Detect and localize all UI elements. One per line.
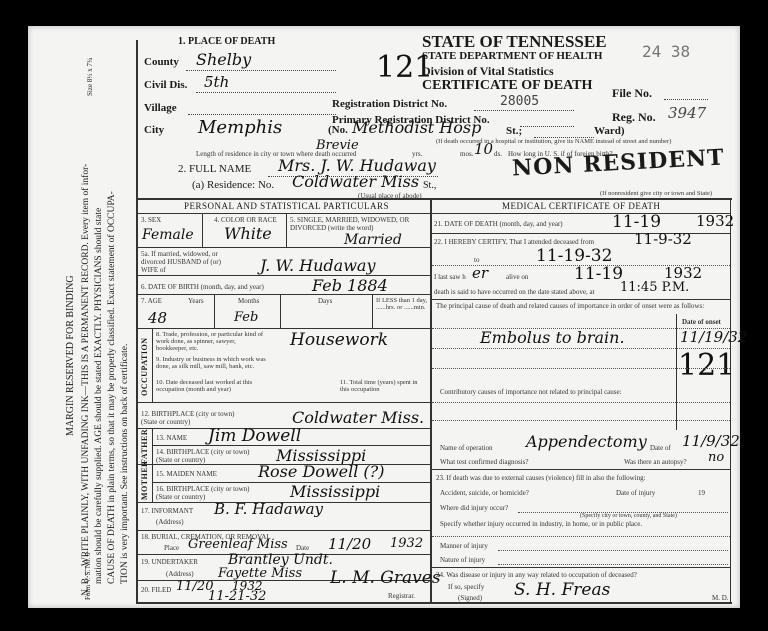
personal-section-title: PERSONAL AND STATISTICAL PARTICULARS [184, 201, 389, 211]
civil-dis-label: Civil Dis. [144, 79, 187, 91]
burial-place-value: Greenleaf Miss [188, 537, 288, 552]
occupation-side-label: OCCUPATION [140, 338, 149, 396]
contributory-label: Contributory causes of importance not re… [440, 388, 622, 396]
residence-mos-value: 10 [474, 140, 493, 158]
department-title: STATE DEPARTMENT OF HEALTH [422, 50, 602, 62]
date-of-death-value: 11-19 [612, 212, 661, 232]
father-name-value: Jim Dowell [208, 426, 301, 446]
signed-value: S. H. Freas [514, 580, 610, 600]
specify-place-note: (Specify city or town, county, and State… [580, 513, 677, 519]
size-label: Size 8½ x 7¾ [84, 58, 97, 96]
primary-registration-label: Primary Registration District No. [332, 114, 490, 126]
industry-home-label: Specify whether injury occurred in indus… [440, 520, 642, 528]
color-value: White [224, 224, 272, 243]
principal-cause-value: Embolus to brain. [480, 328, 625, 347]
certificate-title: CERTIFICATE OF DEATH [422, 78, 592, 94]
color-label: 4. COLOR OR RACE [214, 216, 277, 224]
signed-label: (Signed) [458, 594, 482, 602]
accident-label: Accident, suicide, or homicide? [440, 489, 529, 497]
instruction-line: TION is very important. See instructions… [119, 56, 132, 596]
operation-date-label: Date of [650, 444, 671, 452]
city-label: City [144, 124, 164, 136]
date-of-onset-label: Date of onset [682, 318, 721, 326]
medical-section-title: MEDICAL CERTIFICATE OF DEATH [502, 201, 660, 211]
alive-on-value: 11-19 [574, 264, 623, 284]
age-months-label: Months [238, 297, 259, 305]
reg-no-label: Reg. No. [612, 110, 656, 125]
last-saw-value: er [472, 264, 488, 282]
death-said-label: death is said to have occurred on the da… [434, 288, 595, 296]
external-label: 23. If death was due to external causes … [436, 474, 646, 482]
undertaker-label: 19. UNDERTAKER [141, 558, 198, 566]
age-days-label: Days [318, 297, 332, 305]
principal-cause-label: The principal cause of death and related… [436, 302, 726, 310]
form-number: Form V. S. No. 6 [82, 553, 95, 600]
burial-place-label: Place [164, 544, 179, 552]
diagnosis-label: What test confirmed diagnosis? [440, 458, 528, 466]
burial-date-label: Date [296, 544, 309, 552]
registrar-label: Registrar. [388, 592, 415, 600]
city-value: Memphis [198, 117, 282, 138]
occupation-related-label: 24. Was disease or injury in any way rel… [436, 571, 637, 579]
nonresident-note: (If nonresident give city or town and St… [600, 190, 712, 197]
less-than-day-label: If LESS than 1 day, ......hrs. or ......… [376, 297, 430, 311]
dob-value: Feb 1884 [312, 276, 388, 295]
registrar-value: L. M. Graves [330, 568, 441, 588]
father-name-label: 13. NAME [156, 434, 187, 442]
county-label: County [144, 56, 179, 68]
where-injury-label: Where did injury occur? [440, 504, 508, 512]
village-label: Village [144, 102, 177, 114]
mother-birthplace-value: Mississippi [290, 482, 380, 501]
sex-value: Female [142, 227, 194, 243]
registration-district-label: Registration District No. [332, 98, 447, 110]
father-side-label: FATHER [140, 429, 149, 464]
residence-extra: Brevie [316, 138, 359, 153]
ward-label: Ward) [594, 125, 625, 137]
last-saw-label: I last saw h [434, 273, 466, 281]
residence-label: (a) Residence: No. [192, 179, 274, 191]
place-of-death-heading: 1. PLACE OF DEATH [178, 36, 275, 47]
civil-dis-value: 5th [204, 73, 229, 91]
residence-mos-label: mos. [460, 150, 473, 158]
operation-value: Appendectomy [526, 432, 647, 451]
burial-year-value: 1932 [390, 536, 423, 551]
age-label: 7. AGE [141, 297, 162, 305]
burial-date-value: 11/20 [328, 535, 371, 553]
marital-label: 5. SINGLE, MARRIED, WIDOWED, OR DIVORCED… [290, 216, 426, 232]
sex-label: 3. SEX [141, 216, 161, 224]
institution-note: (If death occurred in a hospital or inst… [436, 138, 671, 145]
county-value: Shelby [196, 50, 251, 69]
informant-label: 17. INFORMANT [141, 507, 193, 515]
trade-value: Housework [290, 330, 388, 350]
division-title: Division of Vital Statistics [422, 64, 554, 79]
alive-on-label: alive on [506, 273, 528, 281]
last-worked-label: 10. Date deceased last worked at this oc… [156, 379, 260, 393]
margin-number: 121 [678, 348, 735, 383]
residence-ds-label: ds. [494, 150, 502, 158]
birthplace-value: Coldwater Miss. [292, 408, 424, 427]
father-birthplace-label: 14. BIRTHPLACE (city or town) (State or … [156, 448, 256, 464]
mother-side-label: MOTHER [140, 461, 149, 500]
death-certificate: N. B.—WRITE PLAINLY, WITH UNFADING INK—T… [28, 26, 740, 608]
age-years-label: Years [188, 297, 204, 305]
instruction-line: mation should be carefully supplied. AGE… [93, 56, 106, 596]
instructions-text: N. B.—WRITE PLAINLY, WITH UNFADING INK—T… [80, 56, 132, 596]
informant-value: B. F. Hadaway [214, 500, 323, 518]
certify-label: 22. I HEREBY CERTIFY, That I attended de… [434, 238, 594, 246]
spouse-value: J. W. Hudaway [260, 256, 375, 275]
marital-value: Married [344, 232, 402, 248]
residence-st-label: St., [423, 180, 436, 191]
instruction-line: CAUSE OF DEATH in plain terms, so that i… [106, 56, 119, 596]
mother-maiden-value: Rose Dowell (?) [258, 462, 384, 481]
undertaker-address-label: (Address) [166, 570, 194, 578]
total-time-label: 11. Total time (years) spent in this occ… [340, 379, 426, 393]
registration-district-value: 28005 [500, 94, 539, 109]
spouse-label: 5a. If married, widowed, or divorced HUS… [141, 250, 231, 274]
onset-value: 11/19/32 [680, 328, 747, 346]
stamp-number: 24 38 [642, 42, 690, 61]
industry-label: 9. Industry or business in which work wa… [156, 356, 266, 370]
age-years-value: 48 [148, 309, 167, 327]
date-of-death-year: 1932 [696, 212, 734, 230]
trade-label: 8. Trade, profession, or particular kind… [156, 331, 266, 352]
death-time-value: 11:45 P.M. [620, 280, 689, 295]
margin-reserved-label: MARGIN RESERVED FOR BINDING [64, 275, 77, 436]
filed-label: 20. FILED [141, 586, 171, 594]
filed-second-date: 11-21-32 [208, 589, 266, 604]
informant-address-label: (Address) [156, 518, 184, 526]
operation-label: Name of operation [440, 444, 492, 452]
if-so-label: If so, specify [448, 583, 484, 591]
residence-value: Coldwater Miss [292, 172, 419, 191]
operation-date-value: 11/9/32 [682, 432, 740, 450]
md-label: M. D. [712, 594, 729, 602]
dob-label: 6. DATE OF BIRTH (month, day, and year) [141, 283, 264, 291]
manner-label: Manner of injury [440, 542, 488, 550]
instruction-line: N. B.—WRITE PLAINLY, WITH UNFADING INK—T… [80, 56, 93, 596]
full-name-label: 2. FULL NAME [178, 163, 251, 175]
age-months-value: Feb [234, 310, 258, 325]
injury-date-label: Date of injury [616, 489, 655, 497]
injury-year-label: 19 [698, 489, 705, 497]
autopsy-value: no [708, 450, 724, 465]
attended-to: 11-19-32 [536, 246, 612, 266]
state-title: STATE OF TENNESSEE [422, 32, 607, 52]
to-label: to [474, 256, 479, 264]
mother-maiden-label: 15. MAIDEN NAME [156, 470, 217, 478]
file-no-label: File No. [612, 86, 652, 101]
autopsy-label: Was there an autopsy? [624, 458, 687, 466]
date-of-death-label: 21. DATE OF DEATH (month, day, and year) [434, 220, 563, 228]
reg-no-value: 3947 [668, 104, 706, 122]
attended-from: 11-9-32 [634, 230, 692, 248]
nature-label: Nature of injury [440, 556, 485, 564]
birthplace-label: 12. BIRTHPLACE (city or town) (State or … [141, 410, 241, 426]
mother-birthplace-label: 16. BIRTHPLACE (city or town) (State or … [156, 485, 256, 501]
